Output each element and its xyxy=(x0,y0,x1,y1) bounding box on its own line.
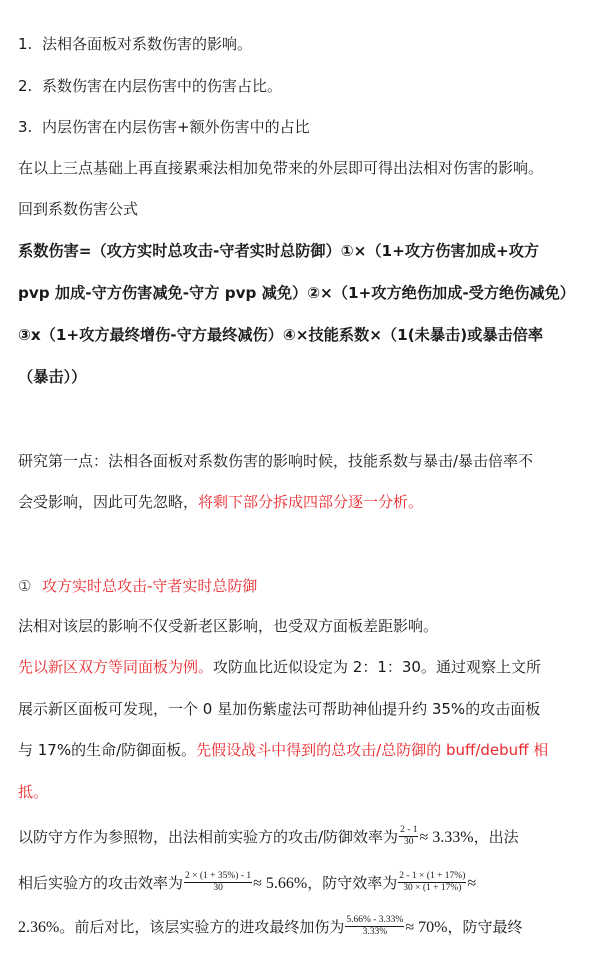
section-marker: ① xyxy=(18,576,42,596)
math-result: 2.36% xyxy=(18,919,59,936)
calc-line-3: 2.36%。前后对比，该层实验方的进攻最终加伤为5.66% - 3.33%3.3… xyxy=(18,916,522,939)
body-text: 攻防血比近似设定为 2：1：30。通过观察上文所 xyxy=(213,658,541,676)
calc-line-2: 相后实验方的攻击效率为2 × (1 + 35%) - 130≈ 5.66%，防守… xyxy=(18,872,476,895)
body-text: 相后实验方的攻击效率为 xyxy=(18,874,183,892)
fraction-attack-efficiency-before: 2 - 130 xyxy=(399,825,418,848)
body-text: 与 17%的生命/防御面板。 xyxy=(18,741,196,759)
calc-line-1: 以防守方作为参照物，出法相前实验方的攻击/防御效率为2 - 130≈ 3.33%… xyxy=(18,826,519,849)
fraction-final-damage-bonus: 5.66% - 3.33%3.33% xyxy=(345,915,404,938)
math-approx: ≈ xyxy=(467,875,476,892)
body-text: 以防守方作为参照物，出法相前实验方的攻击/防御效率为 xyxy=(18,828,398,846)
fraction-attack-efficiency-after: 2 × (1 + 35%) - 130 xyxy=(184,871,252,894)
math-result: ≈ 3.33% xyxy=(419,829,473,846)
fraction-defense-efficiency: 2 - 1 × (1 + 17%)30 × (1 + 17%) xyxy=(398,871,466,894)
formula-intro: 回到系数伤害公式 xyxy=(18,199,138,219)
highlight-text: 先假设战斗中得到的总攻击/总防御的 buff/debuff 相 xyxy=(196,741,548,759)
formula-line-4: （暴击）） xyxy=(18,367,86,387)
list-text: 系数伤害在内层伤害中的伤害占比。 xyxy=(42,77,282,95)
body-text: ，防守效率为 xyxy=(307,874,397,892)
list-item-3: 3.内层伤害在内层伤害+额外伤害中的占比 xyxy=(18,117,310,137)
research-line-1: 研究第一点：法相各面板对系数伤害的影响时候，技能系数与暴击/暴击倍率不 xyxy=(18,451,533,471)
list-number: 2. xyxy=(18,76,42,96)
body-text: ，防守最终 xyxy=(447,918,522,936)
list-number: 1. xyxy=(18,34,42,54)
section-1-p1: 法相对该层的影响不仅受新老区影响，也受双方面板差距影响。 xyxy=(18,616,438,636)
research-highlight: 将剩下部分拆成四部分逐一分析。 xyxy=(198,493,423,511)
list-text: 法相各面板对系数伤害的影响。 xyxy=(42,35,252,53)
formula-line-1: 系数伤害=（攻方实时总攻击-守者实时总防御）①×（1+攻方伤害加成+攻方 xyxy=(18,241,539,261)
section-title: 攻方实时总攻击-守者实时总防御 xyxy=(42,577,257,595)
section-1-p2: 先以新区双方等同面板为例。攻防血比近似设定为 2：1：30。通过观察上文所 xyxy=(18,657,541,677)
formula-line-3: ③x（1+攻方最终增伤-守方最终减伤）④×技能系数×（1(未暴击)或暴击倍率 xyxy=(18,325,543,345)
section-1-heading: ①攻方实时总攻击-守者实时总防御 xyxy=(18,576,257,596)
list-text: 内层伤害在内层伤害+额外伤害中的占比 xyxy=(42,118,310,136)
math-result: ≈ 5.66% xyxy=(253,875,307,892)
section-1-p5: 抵。 xyxy=(18,782,48,802)
list-number: 3. xyxy=(18,117,42,137)
body-text: ，出法 xyxy=(474,828,519,846)
highlight-text: 先以新区双方等同面板为例。 xyxy=(18,658,213,676)
list-item-1: 1.法相各面板对系数伤害的影响。 xyxy=(18,34,252,54)
research-text: 会受影响，因此可先忽略， xyxy=(18,493,198,511)
section-1-p3: 展示新区面板可发现，一个 0 星加伤紫虚法可帮助神仙提升约 35%的攻击面板 xyxy=(18,699,540,719)
summary-paragraph: 在以上三点基础上再直接累乘法相加免带来的外层即可得出法相对伤害的影响。 xyxy=(18,158,543,178)
body-text: 。前后对比，该层实验方的进攻最终加伤为 xyxy=(59,918,344,936)
section-1-p4: 与 17%的生命/防御面板。先假设战斗中得到的总攻击/总防御的 buff/deb… xyxy=(18,740,548,760)
list-item-2: 2.系数伤害在内层伤害中的伤害占比。 xyxy=(18,76,282,96)
research-line-2: 会受影响，因此可先忽略，将剩下部分拆成四部分逐一分析。 xyxy=(18,492,423,512)
math-result: ≈ 70% xyxy=(405,919,447,936)
formula-line-2: pvp 加成-守方伤害减免-守方 pvp 减免）②×（1+攻方绝伤加成-受方绝伤… xyxy=(18,283,575,303)
